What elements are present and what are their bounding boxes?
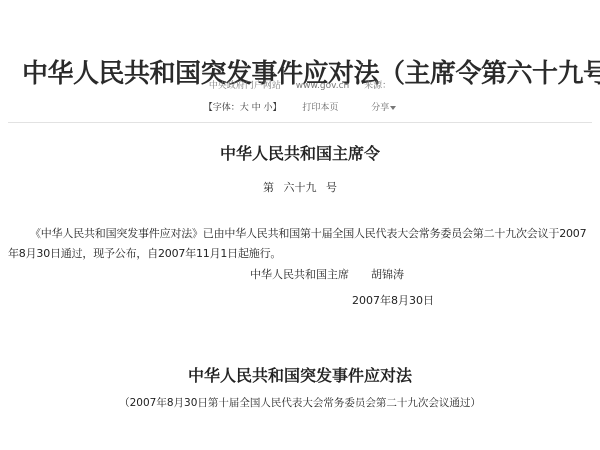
site-url: www.gov.cn bbox=[296, 81, 349, 91]
signer-name: 胡锦涛 bbox=[371, 268, 404, 281]
site-name: 中央政府门户网站 bbox=[209, 81, 281, 91]
law-subtitle: （2007年8月30日第十届全国人民代表大会常务委员会第二十九次会议通过） bbox=[0, 396, 600, 410]
font-medium-button[interactable]: 中 bbox=[252, 103, 261, 113]
article-meta: 中央政府门户网站 www.gov.cn 来源： bbox=[0, 80, 600, 92]
law-title: 中华人民共和国突发事件应对法 bbox=[0, 366, 600, 386]
order-heading: 中华人民共和国主席令 bbox=[0, 144, 600, 164]
font-size-control: 【字体：大 中 小】 bbox=[204, 103, 282, 113]
signer-title: 中华人民共和国主席 bbox=[250, 268, 349, 281]
order-number: 第 六十九 号 bbox=[0, 181, 600, 195]
share-label: 分享 bbox=[371, 103, 389, 113]
order-body: 《中华人民共和国突发事件应对法》已由中华人民共和国第十届全国人民代表大会常务委员… bbox=[8, 224, 592, 264]
print-page-link[interactable]: 打印本页 bbox=[302, 103, 338, 113]
font-large-button[interactable]: 大 bbox=[240, 103, 249, 113]
font-small-button[interactable]: 小 bbox=[263, 103, 272, 113]
article-tools: 【字体：大 中 小】 打印本页 分享 bbox=[0, 102, 600, 114]
font-size-suffix: 】 bbox=[273, 103, 282, 113]
share-button[interactable]: 分享 bbox=[371, 103, 396, 113]
signature-block: 中华人民共和国主席胡锦涛 bbox=[250, 268, 404, 282]
header-divider bbox=[8, 122, 592, 123]
chevron-down-icon bbox=[390, 106, 396, 110]
font-size-prefix: 【字体： bbox=[204, 103, 240, 113]
source-label: 来源： bbox=[364, 81, 391, 91]
signature-date: 2007年8月30日 bbox=[352, 294, 434, 308]
